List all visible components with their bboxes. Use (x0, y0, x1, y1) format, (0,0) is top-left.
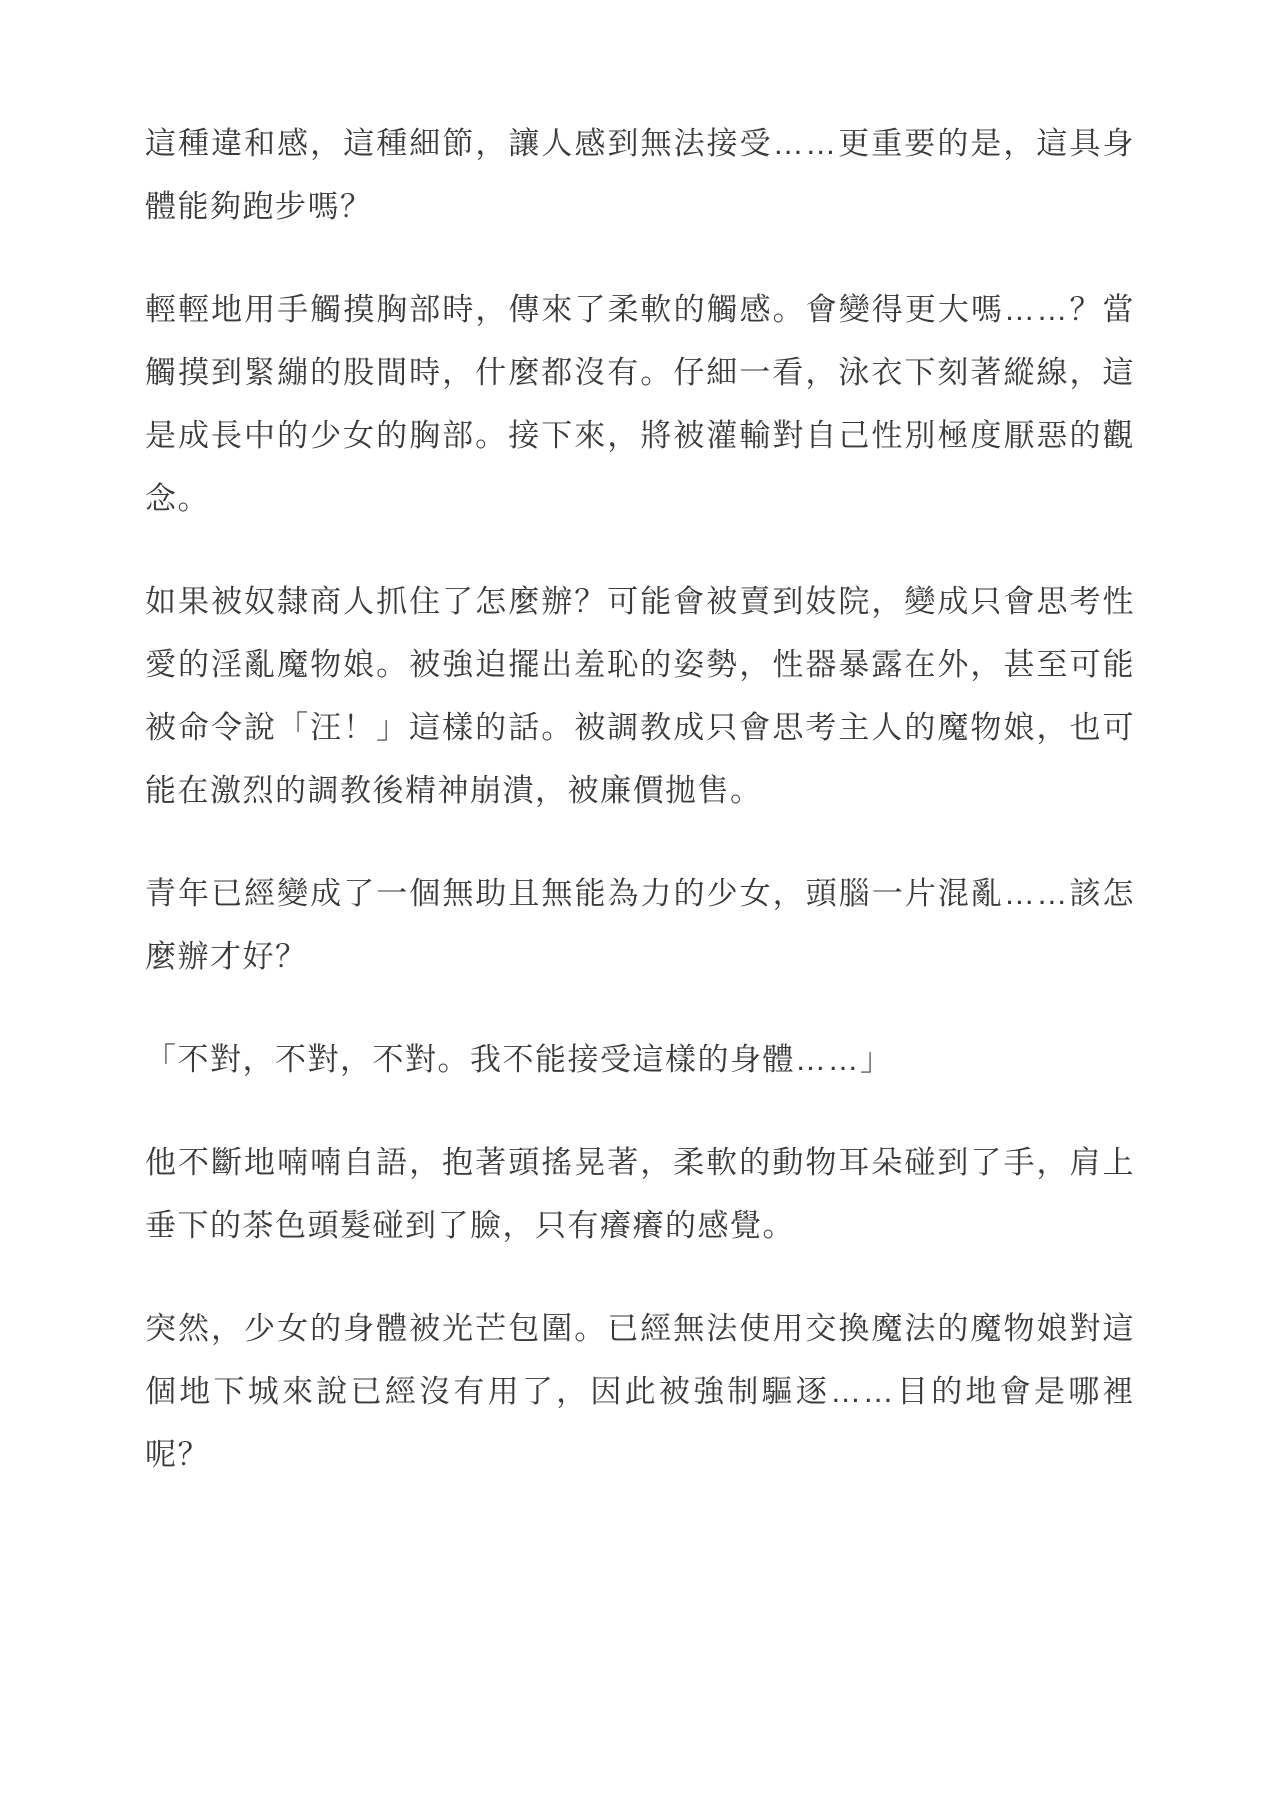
paragraph-2: 輕輕地用手觸摸胸部時，傳來了柔軟的觸感。會變得更大嗎……？當觸摸到緊繃的股間時，… (145, 278, 1135, 530)
document-page: 這種違和感，這種細節，讓人感到無法接受……更重要的是，這具身體能夠跑步嗎？ 輕輕… (0, 0, 1280, 1810)
paragraph-3: 如果被奴隸商人抓住了怎麼辦？可能會被賣到妓院，變成只會思考性愛的淫亂魔物娘。被強… (145, 570, 1135, 822)
paragraph-7: 突然，少女的身體被光芒包圍。已經無法使用交換魔法的魔物娘對這個地下城來說已經沒有… (145, 1297, 1135, 1486)
paragraph-4: 青年已經變成了一個無助且無能為力的少女，頭腦一片混亂……該怎麼辦才好？ (145, 862, 1135, 988)
paragraph-quote: 「不對，不對，不對。我不能接受這樣的身體……」 (145, 1028, 1135, 1091)
paragraph-6: 他不斷地喃喃自語，抱著頭搖晃著，柔軟的動物耳朵碰到了手，肩上垂下的茶色頭髮碰到了… (145, 1131, 1135, 1257)
paragraph-1: 這種違和感，這種細節，讓人感到無法接受……更重要的是，這具身體能夠跑步嗎？ (145, 112, 1135, 238)
